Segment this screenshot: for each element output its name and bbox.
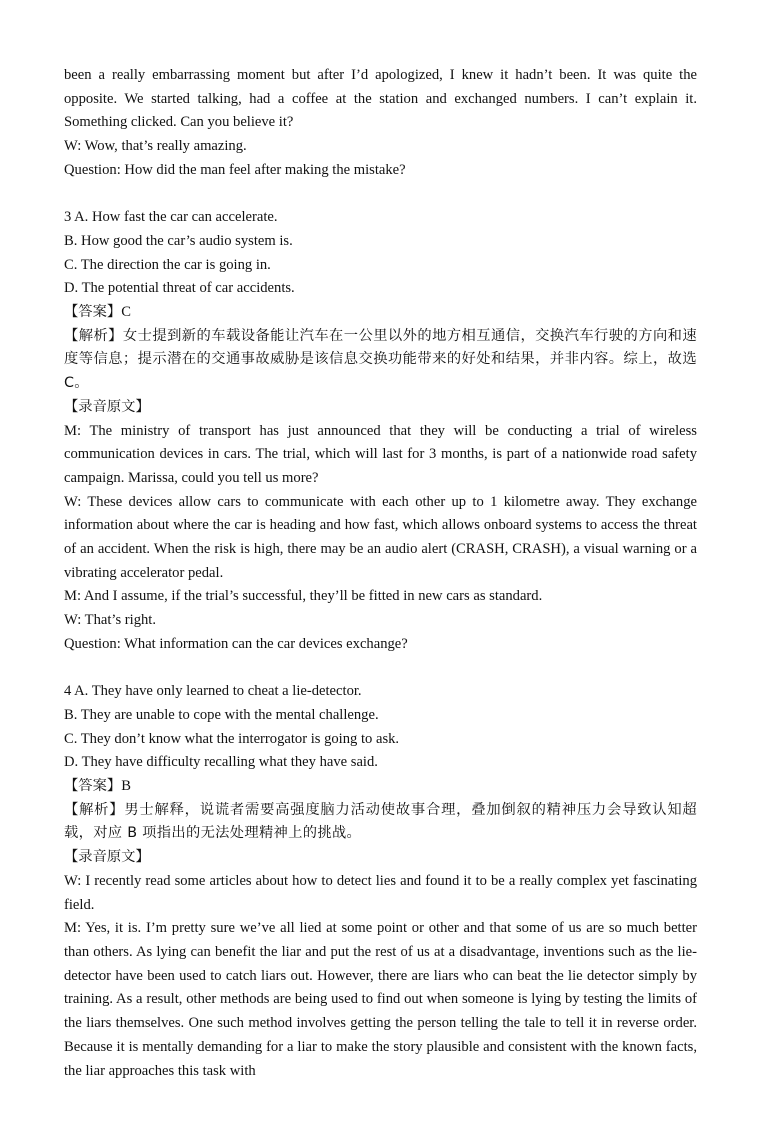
question-text: Question: What information can the car d… (64, 633, 697, 657)
transcript-line: W: These devices allow cars to communica… (64, 491, 697, 586)
option-d: D. The potential threat of car accidents… (64, 277, 697, 301)
question-text: Question: How did the man feel after mak… (64, 159, 697, 183)
answer-row: 【答案】C (64, 301, 697, 325)
option-d: D. They have difficulty recalling what t… (64, 751, 697, 775)
analysis-row: 【解析】男士解释，说谎者需要高强度脑力活动使故事合理，叠加倒叙的精神压力会导致认… (64, 799, 697, 846)
analysis-label: 【解析】 (64, 802, 124, 818)
transcript-label: 【录音原文】 (64, 396, 697, 420)
answer-value: C (121, 304, 131, 320)
question-3: 3 A. How fast the car can accelerate. B.… (64, 206, 697, 656)
intro-section: been a really embarrassing moment but af… (64, 64, 697, 183)
transcript-label: 【录音原文】 (64, 846, 697, 870)
transcript-line: M: And I assume, if the trial’s successf… (64, 585, 697, 609)
transcript-line: W: I recently read some articles about h… (64, 870, 697, 917)
analysis-text: 男士解释，说谎者需要高强度脑力活动使故事合理，叠加倒叙的精神压力会导致认知超载，… (64, 802, 697, 842)
transcript-line: M: The ministry of transport has just an… (64, 420, 697, 491)
spacer (64, 657, 697, 681)
answer-row: 【答案】B (64, 775, 697, 799)
answer-label: 【答案】 (64, 304, 121, 320)
answer-value: B (121, 778, 131, 794)
option-a: 3 A. How fast the car can accelerate. (64, 206, 697, 230)
option-c: C. The direction the car is going in. (64, 254, 697, 278)
transcript-line: W: Wow, that’s really amazing. (64, 135, 697, 159)
option-b: B. They are unable to cope with the ment… (64, 704, 697, 728)
question-4: 4 A. They have only learned to cheat a l… (64, 680, 697, 1083)
option-b: B. How good the car’s audio system is. (64, 230, 697, 254)
analysis-label: 【解析】 (64, 328, 123, 344)
option-c: C. They don’t know what the interrogator… (64, 728, 697, 752)
spacer (64, 183, 697, 207)
option-a: 4 A. They have only learned to cheat a l… (64, 680, 697, 704)
analysis-row: 【解析】女士提到新的车载设备能让汽车在一公里以外的地方相互通信，交换汽车行驶的方… (64, 325, 697, 396)
transcript-line: W: That’s right. (64, 609, 697, 633)
answer-label: 【答案】 (64, 778, 121, 794)
analysis-text: 女士提到新的车载设备能让汽车在一公里以外的地方相互通信，交换汽车行驶的方向和速度… (64, 328, 697, 391)
document-page: been a really embarrassing moment but af… (64, 64, 697, 1083)
transcript-paragraph: been a really embarrassing moment but af… (64, 64, 697, 135)
transcript-line: M: Yes, it is. I’m pretty sure we’ve all… (64, 917, 697, 1083)
